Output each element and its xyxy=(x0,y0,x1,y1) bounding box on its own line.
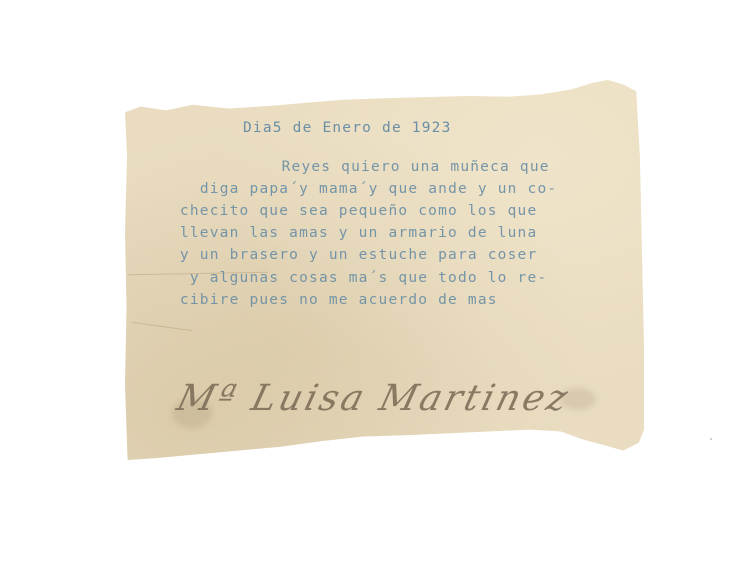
letter-line: llevan las amas y un armario de luna xyxy=(170,224,537,244)
letter-line: checito que sea pequeño como los que xyxy=(170,202,537,222)
handwritten-signature: Mª Luisa Martinez xyxy=(173,378,575,419)
letter-line: Reyes quiero una muñeca que xyxy=(222,158,550,178)
scan-speck xyxy=(710,438,712,440)
letter-line: y un brasero y un estuche para coser xyxy=(170,246,537,266)
letter-date: Dia5 de Enero de 1923 xyxy=(243,120,452,136)
letter-line: y algunas cosas ma´s que todo lo re- xyxy=(170,269,547,289)
scan-background: Dia5 de Enero de 1923 Reyes quiero una m… xyxy=(0,0,756,561)
letter-line: cibire pues no me acuerdo de mas xyxy=(170,291,498,311)
letter-line: diga papa´y mama´y que ande y un co- xyxy=(180,180,557,200)
